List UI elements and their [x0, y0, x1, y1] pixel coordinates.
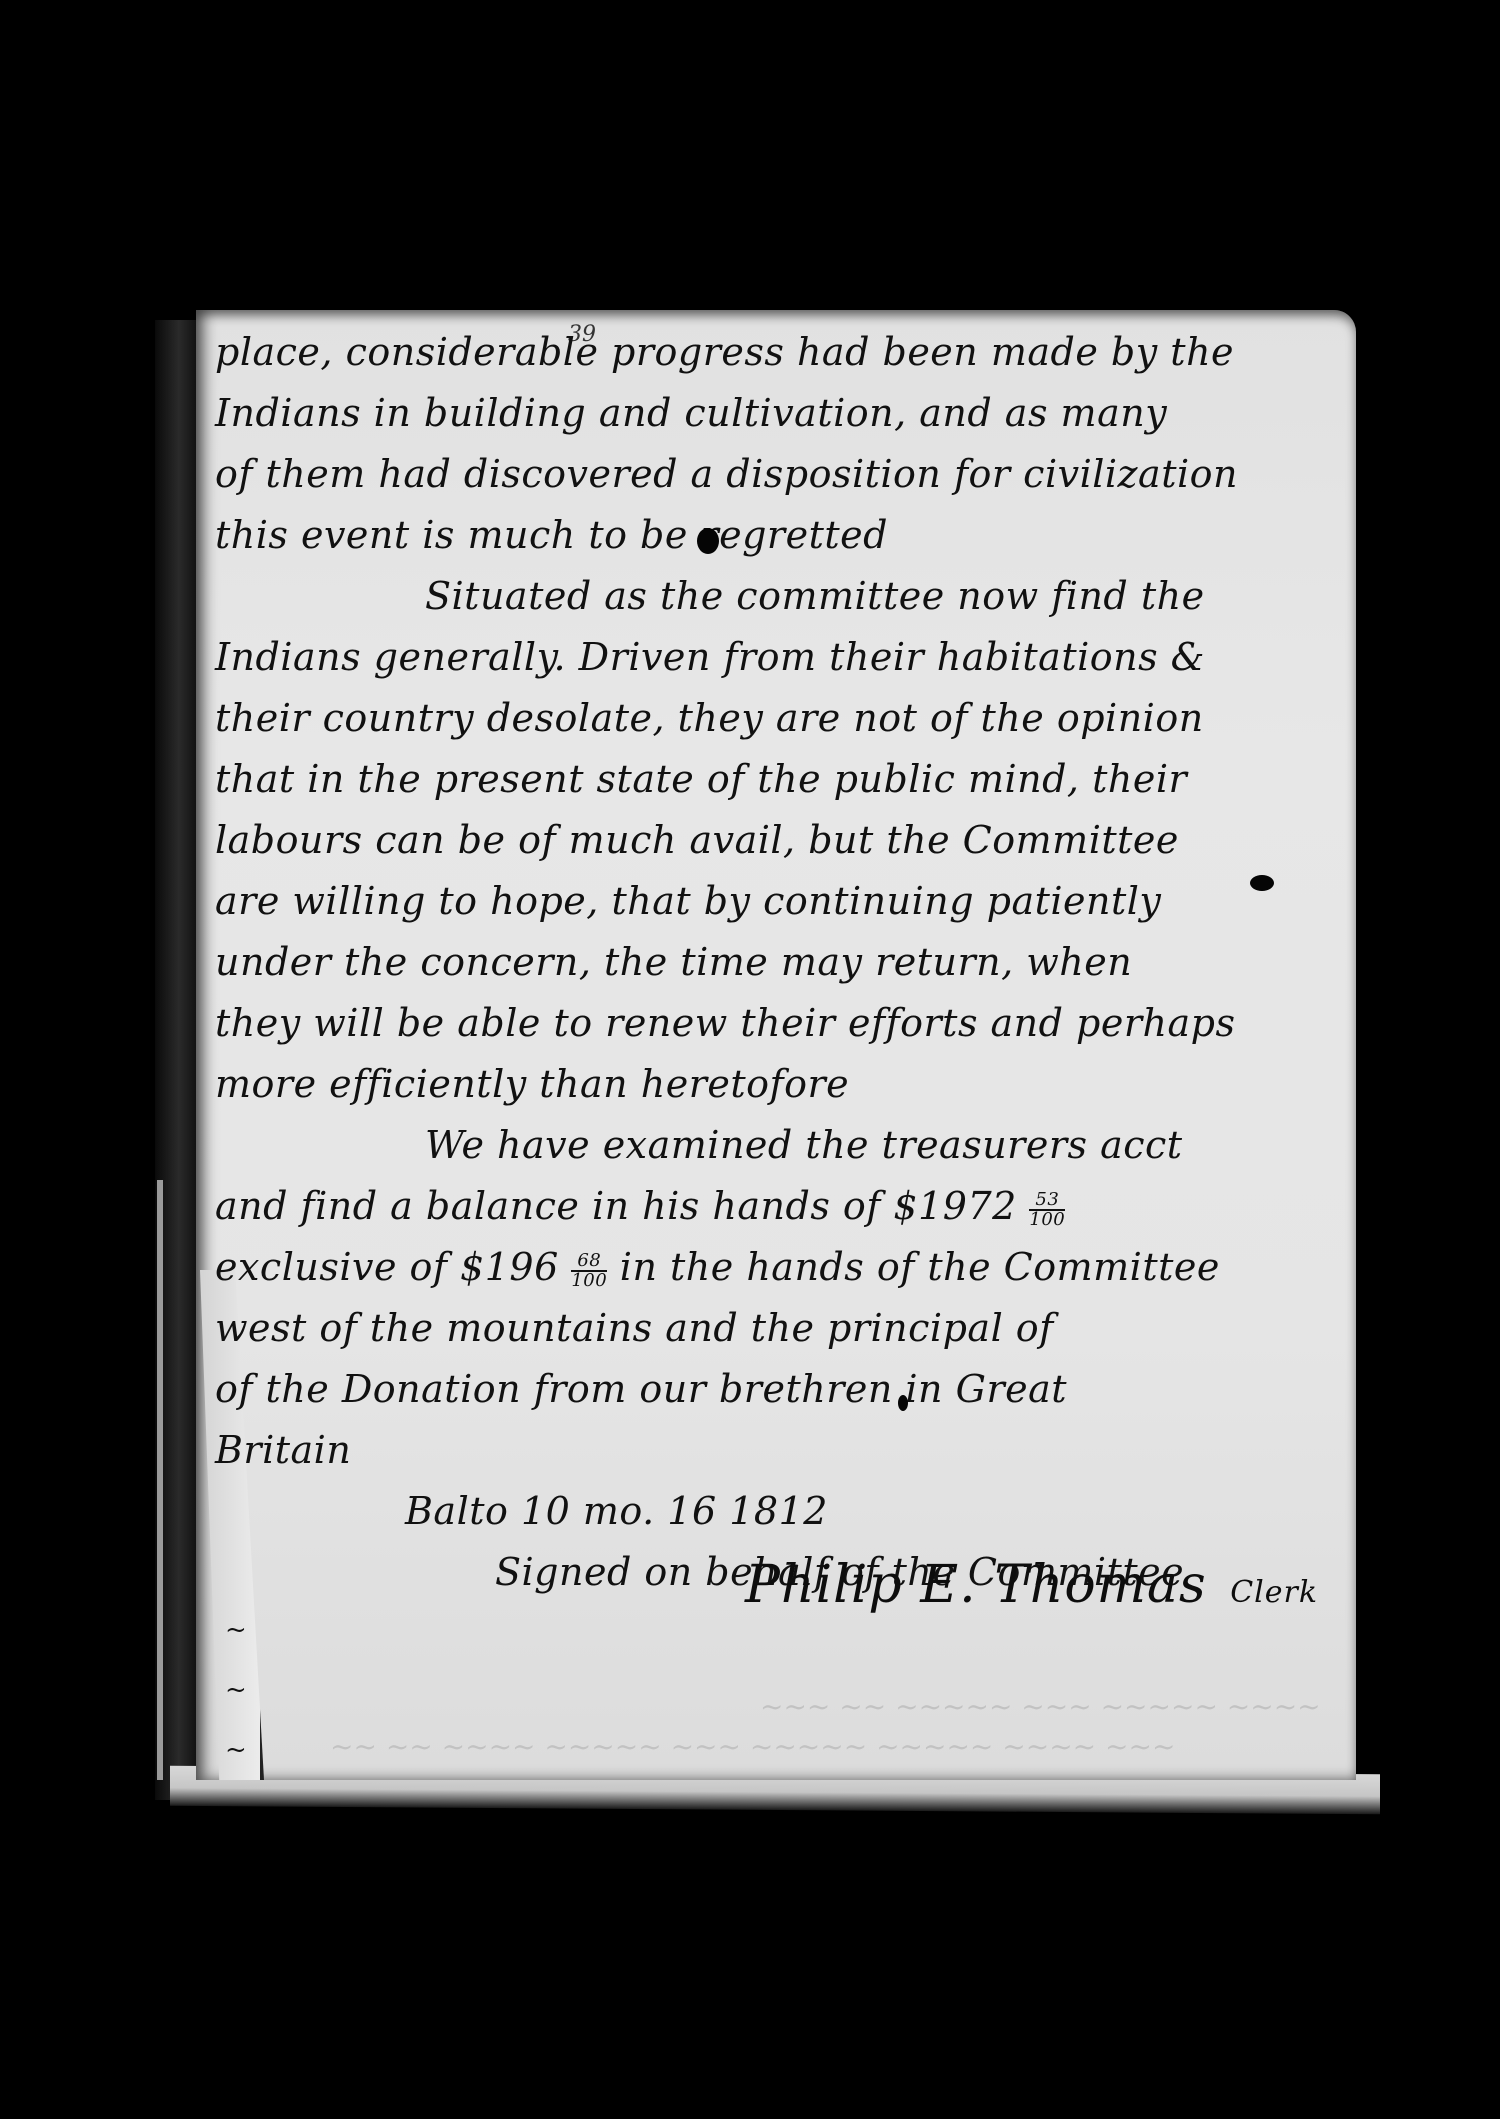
cents-fraction: 68 100	[571, 1252, 607, 1290]
text-line: they will be able to renew their efforts…	[215, 993, 1335, 1054]
fraction-denominator: 100	[1029, 1211, 1065, 1229]
text-line: their country desolate, they are not of …	[215, 688, 1335, 749]
signature: Philip E. Thomas Clerk	[745, 1555, 1318, 1615]
ink-blot	[697, 528, 719, 554]
text-line: Indians generally. Driven from their hab…	[215, 627, 1335, 688]
bleed-through-text: ~~~ ~~ ~~~~~ ~~~ ~~~~~ ~~~~	[760, 1690, 1321, 1723]
paragraph-start: Situated as the committee now find the	[215, 566, 1335, 627]
text-line: of them had discovered a disposition for…	[215, 444, 1335, 505]
paragraph-start: We have examined the treasurers acct	[215, 1115, 1335, 1176]
text-line: under the concern, the time may return, …	[215, 932, 1335, 993]
text-line: are willing to hope, that by continuing …	[215, 871, 1335, 932]
text-line: west of the mountains and the principal …	[215, 1298, 1335, 1359]
ink-blot	[1250, 875, 1274, 891]
text-line: Britain	[215, 1420, 1335, 1481]
text-line: labours can be of much avail, but the Co…	[215, 810, 1335, 871]
text-line: and find a balance in his hands of $1972	[215, 1184, 1017, 1228]
manuscript-text: place, considerable progress had been ma…	[215, 322, 1335, 1603]
underlying-page-strip	[157, 1180, 163, 1780]
text-line: that in the present state of the public …	[215, 749, 1335, 810]
text-line-suffix: in the hands of the Committee	[620, 1245, 1220, 1289]
fraction-denominator: 100	[571, 1272, 607, 1290]
signature-name: Philip E. Thomas	[745, 1555, 1207, 1615]
balance-line: and find a balance in his hands of $1972…	[215, 1176, 1335, 1237]
ink-blot	[898, 1395, 908, 1411]
exclusive-line: exclusive of $196 68 100 in the hands of…	[215, 1237, 1335, 1298]
fraction-numerator: 68	[571, 1252, 607, 1272]
text-line: more efficiently than heretofore	[215, 1054, 1335, 1115]
margin-annotations: ~~~	[225, 1600, 247, 1780]
signature-title: Clerk	[1230, 1575, 1318, 1610]
cents-fraction: 53 100	[1029, 1191, 1065, 1229]
text-line: of the Donation from our brethren in Gre…	[215, 1359, 1335, 1420]
text-line: this event is much to be regretted	[215, 505, 1335, 566]
text-line: place, considerable progress had been ma…	[215, 322, 1335, 383]
fraction-numerator: 53	[1029, 1191, 1065, 1211]
date-line: Balto 10 mo. 16 1812	[215, 1481, 1335, 1542]
text-line: Indians in building and cultivation, and…	[215, 383, 1335, 444]
text-line: exclusive of $196	[215, 1245, 559, 1289]
bleed-through-text: ~~ ~~ ~~~~ ~~~~~ ~~~ ~~~~~ ~~~~~ ~~~~ ~~…	[330, 1730, 1175, 1763]
